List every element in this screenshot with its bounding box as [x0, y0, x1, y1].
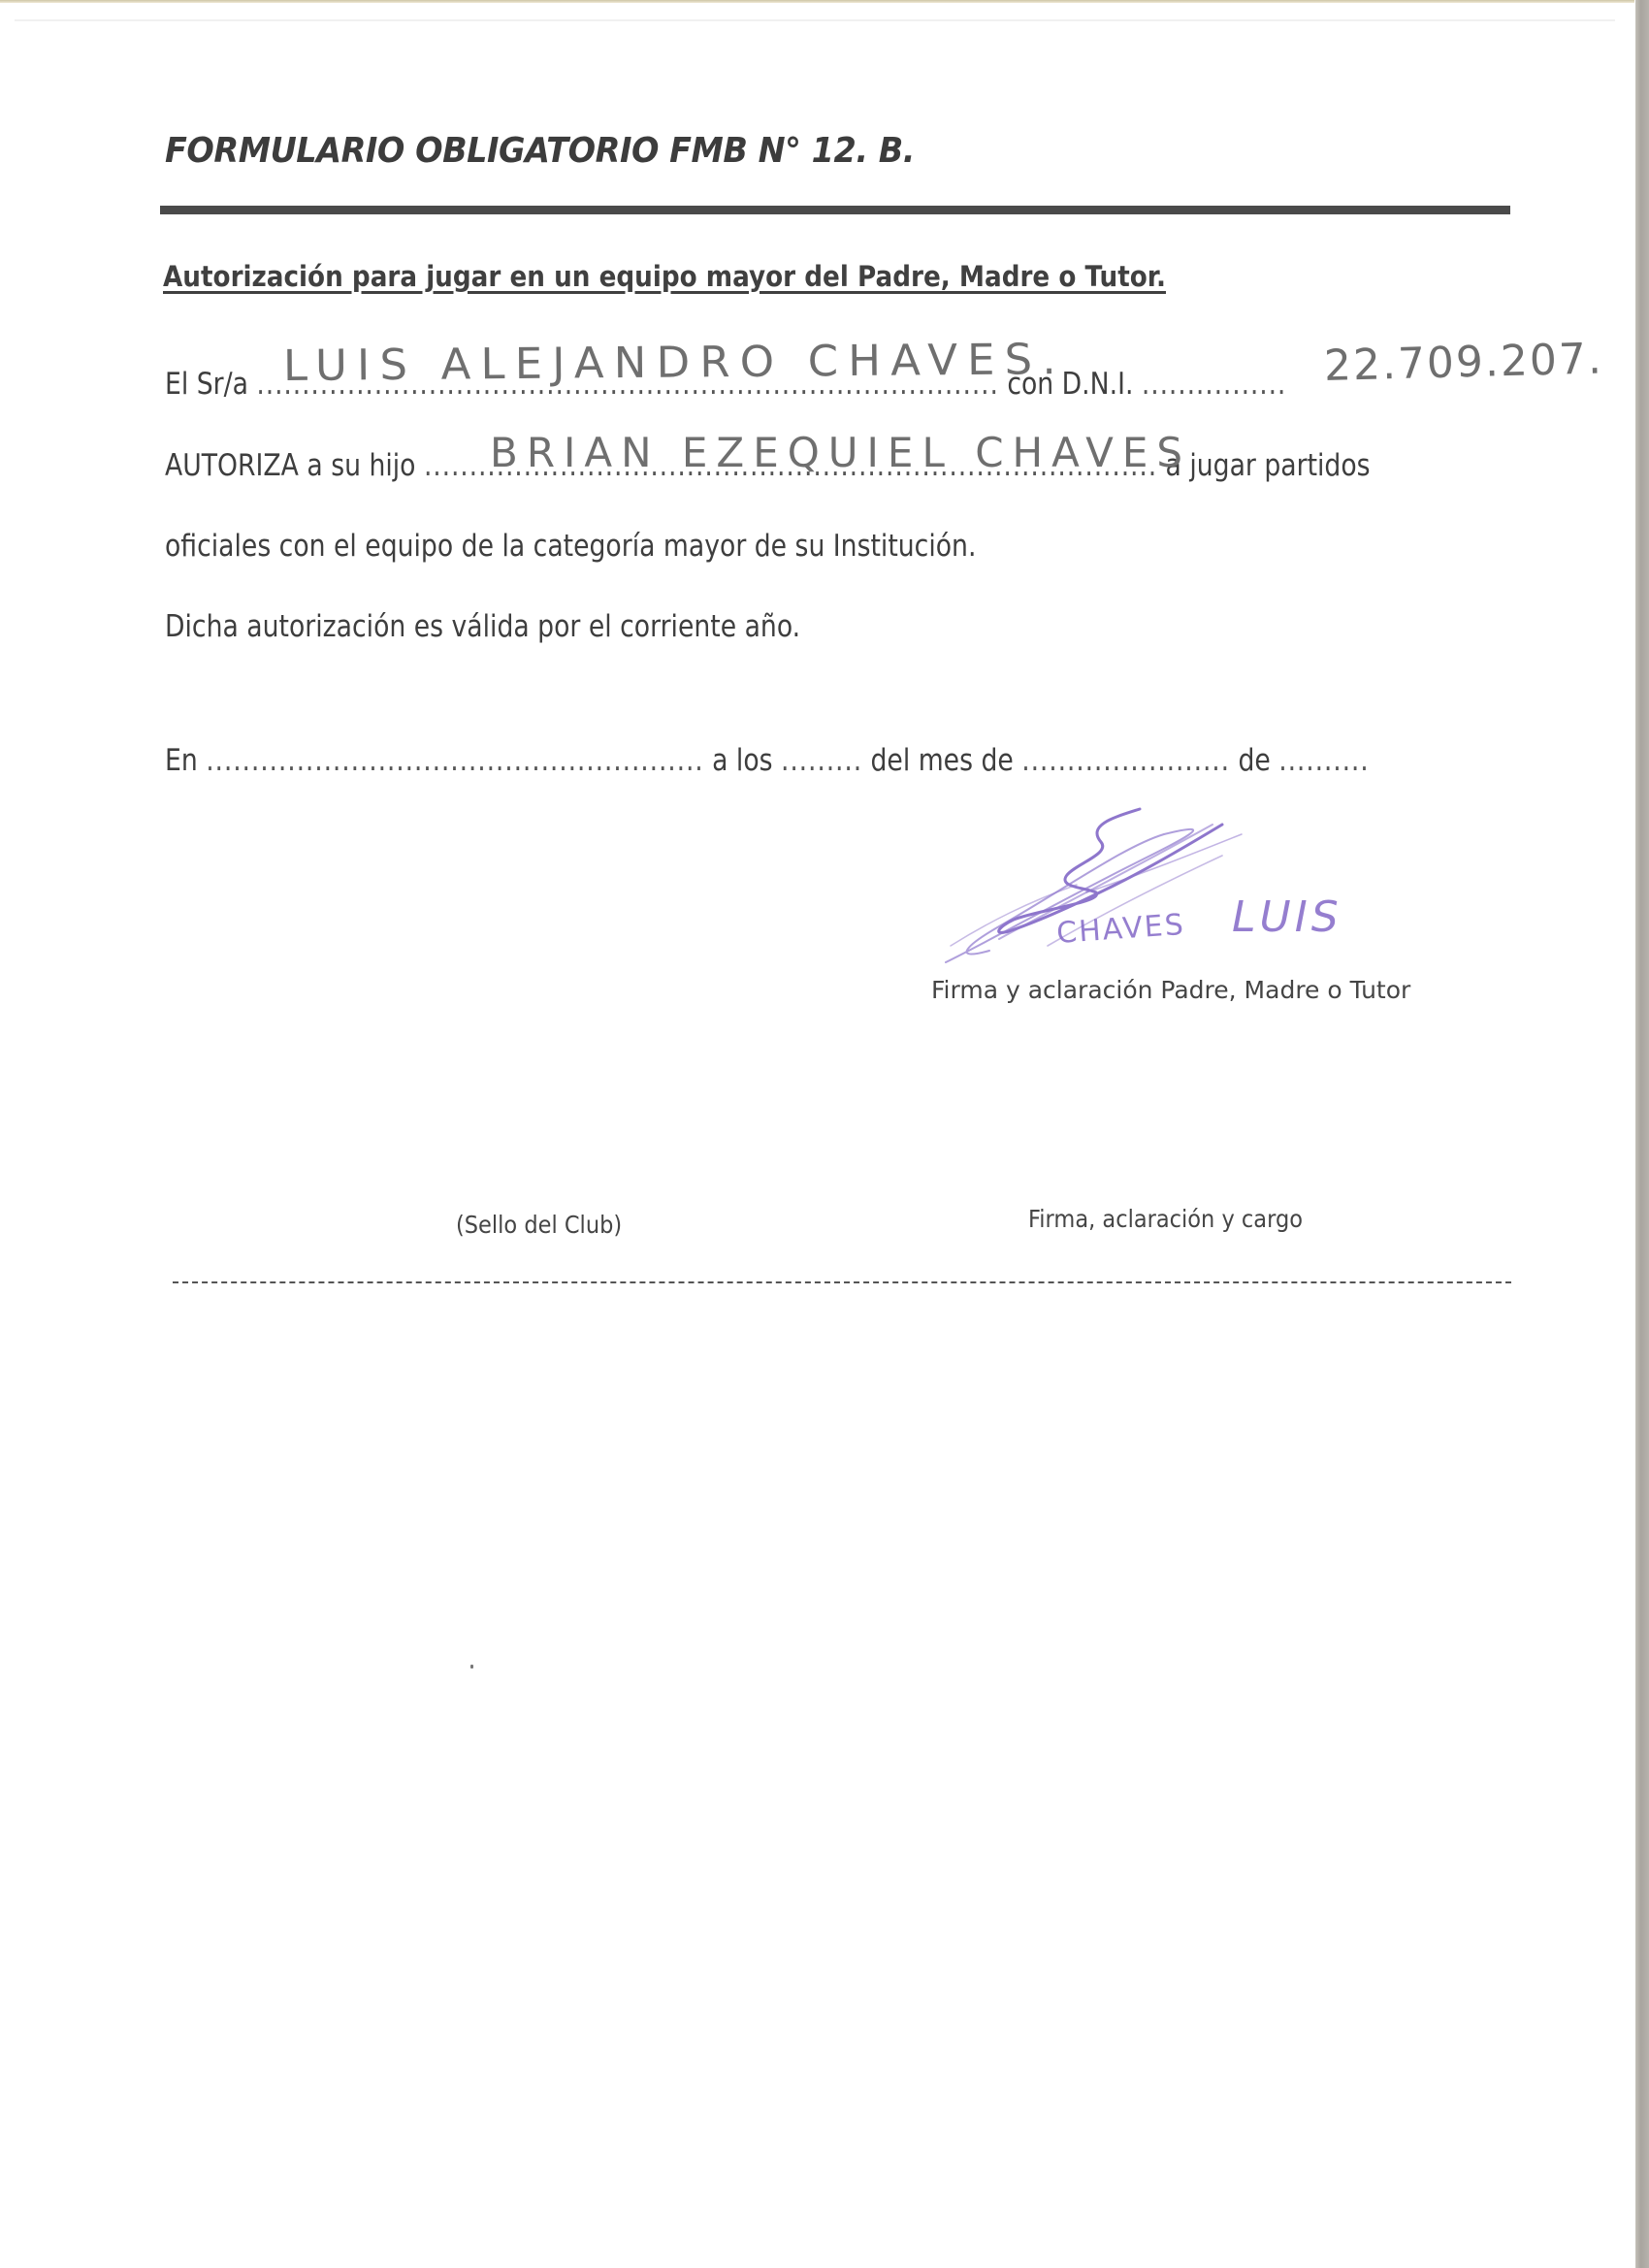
year-field[interactable]: ..........: [1278, 743, 1369, 778]
child-name-handwritten: BRIAN EZEQUIEL CHAVES: [490, 429, 1191, 476]
year-label: de: [1238, 743, 1270, 778]
parent-signature-text: CHAVES: [1055, 908, 1186, 951]
dni-field[interactable]: ................: [1142, 367, 1286, 402]
place-field[interactable]: ........................................…: [206, 743, 703, 778]
authorizes-label: AUTORIZA a su hijo: [165, 448, 415, 483]
place-label: En: [165, 743, 198, 778]
month-label: del mes de: [871, 743, 1014, 778]
day-label: a los: [712, 743, 772, 778]
dni-handwritten: 22.709.207.: [1323, 334, 1603, 391]
guardian-name-handwritten: LUIS ALEJANDRO CHAVES.: [283, 335, 1066, 391]
club-signature-label: Firma, aclaración y cargo: [1028, 1205, 1303, 1233]
parent-signature-scribble: CHAVES LUIS: [931, 795, 1397, 980]
scan-speck: [470, 1665, 473, 1669]
parent-signature-caption: Firma y aclaración Padre, Madre o Tutor: [931, 976, 1410, 1004]
header-rule: [160, 206, 1510, 214]
form-number-title: FORMULARIO OBLIGATORIO FMB N° 12. B.: [165, 131, 915, 171]
validity-line: Dicha autorización es válida por el corr…: [165, 609, 800, 644]
form-subtitle: Autorización para jugar en un equipo may…: [163, 260, 1166, 293]
club-stamp-label: (Sello del Club): [456, 1211, 622, 1239]
cut-line-divider: [173, 1281, 1511, 1283]
parent-signature-luis: LUIS: [1232, 892, 1342, 942]
institution-line: oficiales con el equipo de la categoría …: [165, 529, 976, 564]
scan-top-shadow: [15, 19, 1615, 21]
scan-right-edge: [1635, 0, 1649, 2268]
day-field[interactable]: .........: [781, 743, 862, 778]
date-line: En .....................................…: [165, 743, 1370, 778]
play-matches-label: a jugar partidos: [1166, 448, 1371, 483]
month-field[interactable]: .......................: [1021, 743, 1230, 778]
guardian-label: El Sr/a: [165, 367, 248, 402]
scan-top-edge: [0, 0, 1634, 3]
